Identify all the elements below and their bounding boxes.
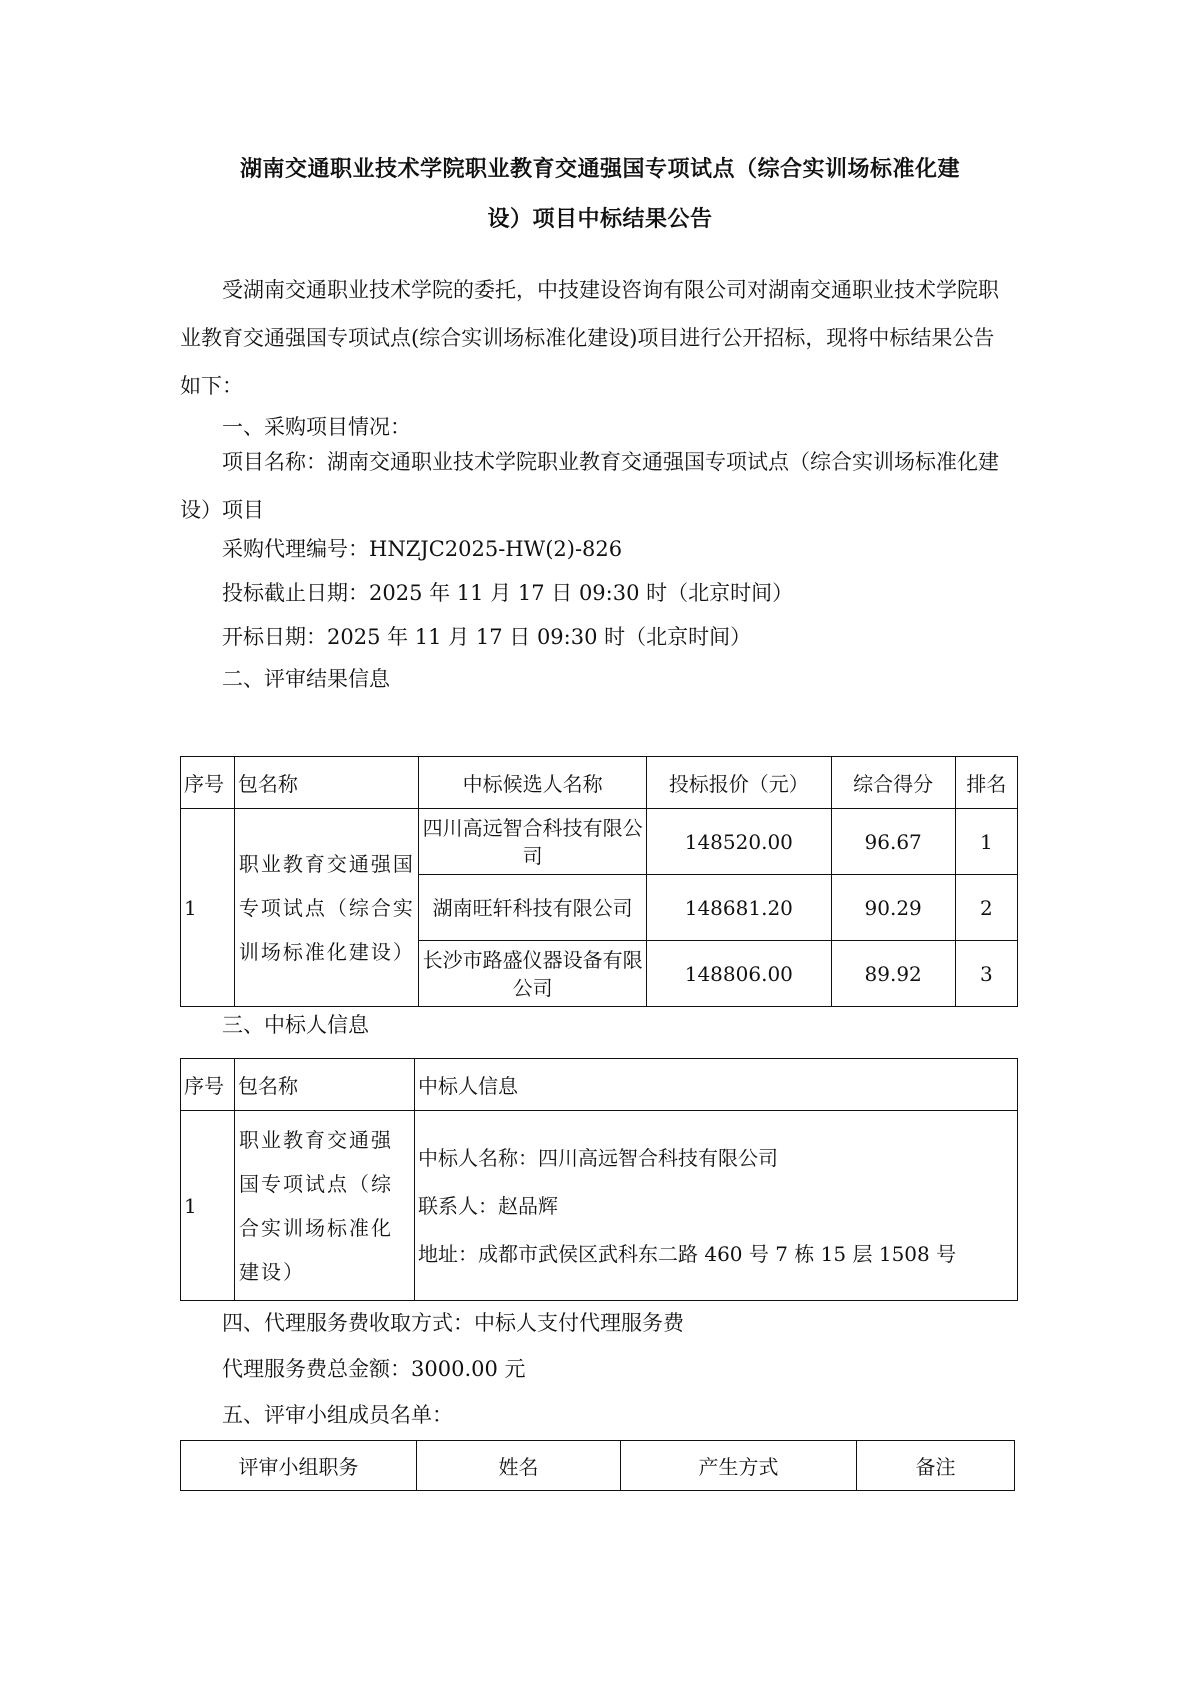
table-header-row: 评审小组职务 姓名 产生方式 备注 bbox=[181, 1441, 1015, 1491]
winner-info-table: 序号 包名称 中标人信息 1 职业教育交通强国专项试点（综合实训场标准化建设） … bbox=[180, 1058, 1018, 1301]
winner-info-cell: 中标人名称：四川高远智合科技有限公司 联系人：赵品辉 地址：成都市武侯区武科东二… bbox=[415, 1111, 1018, 1301]
header-score: 综合得分 bbox=[831, 757, 955, 809]
header-role: 评审小组职务 bbox=[181, 1441, 417, 1491]
table-header-row: 序号 包名称 中标候选人名称 投标报价（元） 综合得分 排名 bbox=[181, 757, 1018, 809]
rank: 1 bbox=[955, 809, 1017, 875]
header-method: 产生方式 bbox=[621, 1441, 857, 1491]
header-index: 序号 bbox=[181, 1059, 235, 1111]
candidate-name: 四川高远智合科技有限公司 bbox=[419, 809, 647, 875]
project-name: 项目名称：湖南交通职业技术学院职业教育交通强国专项试点（综合实训场标准化建设）项… bbox=[180, 438, 1012, 534]
winner-contact: 联系人：赵品辉 bbox=[415, 1182, 1017, 1230]
section2-heading: 二、评审结果信息 bbox=[222, 664, 390, 694]
bid-deadline: 投标截止日期：2025 年 11 月 17 日 09:30 时（北京时间） bbox=[222, 578, 793, 608]
section5-heading: 五、评审小组成员名单： bbox=[222, 1400, 453, 1430]
section3-heading: 三、中标人信息 bbox=[222, 1010, 369, 1040]
rank: 3 bbox=[955, 941, 1017, 1007]
score: 96.67 bbox=[831, 809, 955, 875]
intro-paragraph: 受湖南交通职业技术学院的委托，中技建设咨询有限公司对湖南交通职业技术学院职业教育… bbox=[180, 266, 1012, 410]
score: 90.29 bbox=[831, 875, 955, 941]
header-remarks: 备注 bbox=[857, 1441, 1015, 1491]
header-candidate: 中标候选人名称 bbox=[419, 757, 647, 809]
table-row: 1 职业教育交通强国专项试点（综合实训场标准化建设） 中标人名称：四川高远智合科… bbox=[181, 1111, 1018, 1301]
agency-number: 采购代理编号：HNZJC2025-HW(2)-826 bbox=[222, 534, 622, 564]
header-package: 包名称 bbox=[235, 1059, 415, 1111]
row-index: 1 bbox=[181, 1111, 235, 1301]
header-rank: 排名 bbox=[955, 757, 1017, 809]
header-name: 姓名 bbox=[417, 1441, 621, 1491]
document-page: 湖南交通职业技术学院职业教育交通强国专项试点（综合实训场标准化建 设）项目中标结… bbox=[0, 0, 1191, 1684]
document-title: 湖南交通职业技术学院职业教育交通强国专项试点（综合实训场标准化建 设）项目中标结… bbox=[180, 145, 1020, 245]
title-line-1: 湖南交通职业技术学院职业教育交通强国专项试点（综合实训场标准化建 bbox=[180, 145, 1020, 195]
header-index: 序号 bbox=[181, 757, 235, 809]
bid-price: 148520.00 bbox=[647, 809, 831, 875]
opening-date: 开标日期：2025 年 11 月 17 日 09:30 时（北京时间） bbox=[222, 622, 751, 652]
header-package: 包名称 bbox=[234, 757, 418, 809]
rank: 2 bbox=[955, 875, 1017, 941]
table-row: 1 职业教育交通强国专项试点（综合实训场标准化建设） 四川高远智合科技有限公司 … bbox=[181, 809, 1018, 875]
package-name: 职业教育交通强国专项试点（综合实训场标准化建设） bbox=[234, 809, 418, 1007]
header-price: 投标报价（元） bbox=[647, 757, 831, 809]
package-name: 职业教育交通强国专项试点（综合实训场标准化建设） bbox=[235, 1111, 415, 1301]
score: 89.92 bbox=[831, 941, 955, 1007]
bid-price: 148806.00 bbox=[647, 941, 831, 1007]
candidate-name: 湖南旺轩科技有限公司 bbox=[419, 875, 647, 941]
title-line-2: 设）项目中标结果公告 bbox=[180, 195, 1020, 245]
section4-heading: 四、代理服务费收取方式：中标人支付代理服务费 bbox=[222, 1308, 684, 1338]
review-panel-table: 评审小组职务 姓名 产生方式 备注 bbox=[180, 1440, 1015, 1491]
bid-price: 148681.20 bbox=[647, 875, 831, 941]
candidate-name: 长沙市路盛仪器设备有限公司 bbox=[419, 941, 647, 1007]
row-index: 1 bbox=[181, 809, 235, 1007]
evaluation-results-table: 序号 包名称 中标候选人名称 投标报价（元） 综合得分 排名 1 职业教育交通强… bbox=[180, 756, 1018, 1007]
winner-address: 地址：成都市武侯区武科东二路 460 号 7 栋 15 层 1508 号 bbox=[415, 1230, 1017, 1278]
winner-name: 中标人名称：四川高远智合科技有限公司 bbox=[415, 1134, 1017, 1182]
table-header-row: 序号 包名称 中标人信息 bbox=[181, 1059, 1018, 1111]
service-fee-total: 代理服务费总金额：3000.00 元 bbox=[222, 1354, 526, 1384]
header-winner-info: 中标人信息 bbox=[415, 1059, 1018, 1111]
